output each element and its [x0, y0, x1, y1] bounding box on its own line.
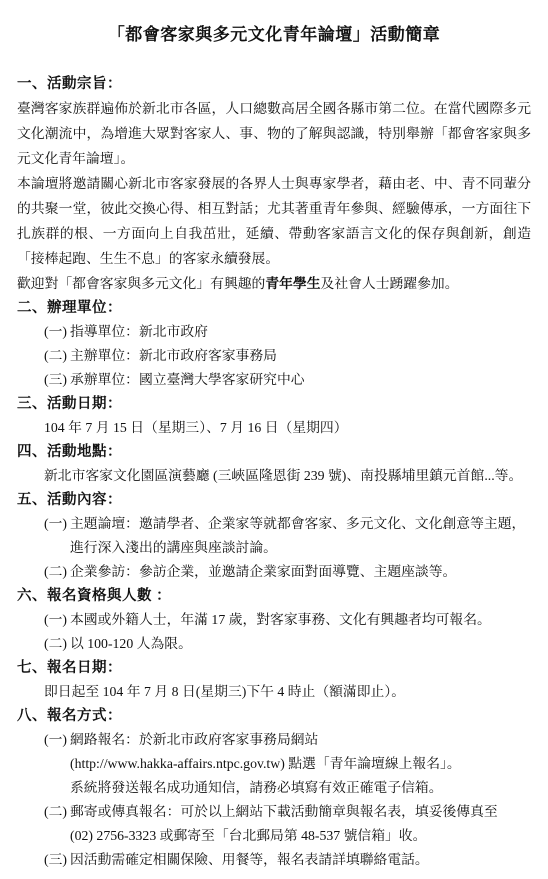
section-dates: 三、活動日期： 104 年 7 月 15 日（星期三）、7 月 16 日（星期四… — [17, 392, 531, 440]
section-heading: 二、辦理單位： — [17, 296, 531, 320]
item-marker: (二) — [44, 632, 70, 656]
item-line: 主題論壇：邀請學者、企業家等就都會客家、多元文化、文化創意等主題， — [70, 512, 531, 536]
item-marker: (二) — [44, 560, 70, 584]
item-line: 郵寄或傳真報名：可於以上網站下載活動簡章與報名表，填妥後傳真至 — [70, 800, 531, 824]
item-marker: (一) — [44, 320, 70, 344]
document: 「都會客家與多元文化青年論壇」活動簡章 一、活動宗旨： 臺灣客家族群遍佈於新北市… — [0, 0, 548, 879]
item-line: 以 100-120 人為限。 — [70, 632, 531, 656]
section-eligibility: 六、報名資格與人數 ： (一) 本國或外籍人士，年滿 17 歲，對客家事務、文化… — [17, 584, 531, 656]
list-item: (一) 主題論壇：邀請學者、企業家等就都會客家、多元文化、文化創意等主題， 進行… — [44, 512, 531, 560]
item-line: 企業參訪：參訪企業，並邀請企業家面對面導覽、主題座談等。 — [70, 560, 531, 584]
list-item: (一) 網路報名：於新北市政府客家事務局網站 (http://www.hakka… — [44, 728, 531, 800]
item-line: (02) 2756-3323 或郵寄至「台北郵局第 48-537 號信箱」收。 — [70, 824, 531, 848]
document-title: 「都會客家與多元文化青年論壇」活動簡章 — [17, 24, 531, 46]
section-heading: 四、活動地點： — [17, 440, 531, 464]
item-line: 網路報名：於新北市政府客家事務局網站 — [70, 728, 531, 752]
bold-emphasis: 青年學生 — [265, 276, 320, 291]
list-item: (二) 企業參訪：參訪企業，並邀請企業家面對面導覽、主題座談等。 — [44, 560, 531, 584]
item-line: 主辦單位：新北市政府客家事務局 — [70, 344, 531, 368]
section-organizers: 二、辦理單位： (一) 指導單位：新北市政府 (二) 主辦單位：新北市政府客家事… — [17, 296, 531, 392]
section-heading: 六、報名資格與人數 ： — [17, 584, 531, 608]
item-line: 進行深入淺出的講座與座談討論。 — [70, 536, 531, 560]
item-line: 指導單位：新北市政府 — [70, 320, 531, 344]
item-marker: (二) — [44, 800, 70, 848]
list-item: (一) 本國或外籍人士，年滿 17 歲，對客家事務、文化有興趣者均可報名。 — [44, 608, 531, 632]
section-heading: 七、報名日期： — [17, 656, 531, 680]
item-marker: (三) — [44, 848, 70, 872]
section-body-line: 新北市客家文化園區演藝廳 (三峽區隆恩街 239 號)、南投縣埔里鎮元首館...… — [44, 464, 531, 488]
list-item: (二) 主辦單位：新北市政府客家事務局 — [44, 344, 531, 368]
section-body-line: 104 年 7 月 15 日（星期三）、7 月 16 日（星期四） — [44, 416, 531, 440]
list-item: (一) 指導單位：新北市政府 — [44, 320, 531, 344]
item-marker: (二) — [44, 344, 70, 368]
section-heading: 一、活動宗旨： — [17, 72, 531, 96]
section-registration-date: 七、報名日期： 即日起至 104 年 7 月 8 日(星期三)下午 4 時止（額… — [17, 656, 531, 704]
welcome-prefix: 歡迎對「都會客家與多元文化」有興趣的 — [17, 276, 265, 291]
section-body-line: 即日起至 104 年 7 月 8 日(星期三)下午 4 時止（額滿即止）。 — [44, 680, 531, 704]
item-line: 因活動需確定相關保險、用餐等，報名表請詳填聯絡電話。 — [70, 848, 531, 872]
welcome-line: 歡迎對「都會客家與多元文化」有興趣的青年學生及社會人士踴躍參加。 — [17, 271, 531, 296]
list-item: (二) 以 100-120 人為限。 — [44, 632, 531, 656]
item-line: 本國或外籍人士，年滿 17 歲，對客家事務、文化有興趣者均可報名。 — [70, 608, 531, 632]
section-heading: 八、報名方式： — [17, 704, 531, 728]
paragraph: 本論壇將邀請關心新北市客家發展的各界人士與專家學者，藉由老、中、青不同輩分的共聚… — [17, 171, 531, 271]
item-line registration-url: (http://www.hakka-affairs.ntpc.gov.tw) 點… — [70, 752, 531, 776]
item-marker: (一) — [44, 512, 70, 560]
paragraph: 臺灣客家族群遍佈於新北市各區，人口總數高居全國各縣市第二位。在當代國際多元文化潮… — [17, 96, 531, 171]
item-marker: (一) — [44, 728, 70, 800]
item-line: 系統將發送報名成功通知信，請務必填寫有效正確電子信箱。 — [70, 776, 531, 800]
item-marker: (三) — [44, 368, 70, 392]
section-content: 五、活動內容： (一) 主題論壇：邀請學者、企業家等就都會客家、多元文化、文化創… — [17, 488, 531, 584]
list-item: (二) 郵寄或傳真報名：可於以上網站下載活動簡章與報名表，填妥後傳真至 (02)… — [44, 800, 531, 848]
item-marker: (一) — [44, 608, 70, 632]
section-venue: 四、活動地點： 新北市客家文化園區演藝廳 (三峽區隆恩街 239 號)、南投縣埔… — [17, 440, 531, 488]
section-heading: 三、活動日期： — [17, 392, 531, 416]
list-item: (三) 因活動需確定相關保險、用餐等，報名表請詳填聯絡電話。 — [44, 848, 531, 872]
section-heading: 五、活動內容： — [17, 488, 531, 512]
list-item: (三) 承辦單位：國立臺灣大學客家研究中心 — [44, 368, 531, 392]
section-purpose: 一、活動宗旨： 臺灣客家族群遍佈於新北市各區，人口總數高居全國各縣市第二位。在當… — [17, 72, 531, 296]
item-line: 承辦單位：國立臺灣大學客家研究中心 — [70, 368, 531, 392]
section-registration-method: 八、報名方式： (一) 網路報名：於新北市政府客家事務局網站 (http://w… — [17, 704, 531, 872]
welcome-suffix: 及社會人士踴躍參加。 — [321, 276, 459, 291]
